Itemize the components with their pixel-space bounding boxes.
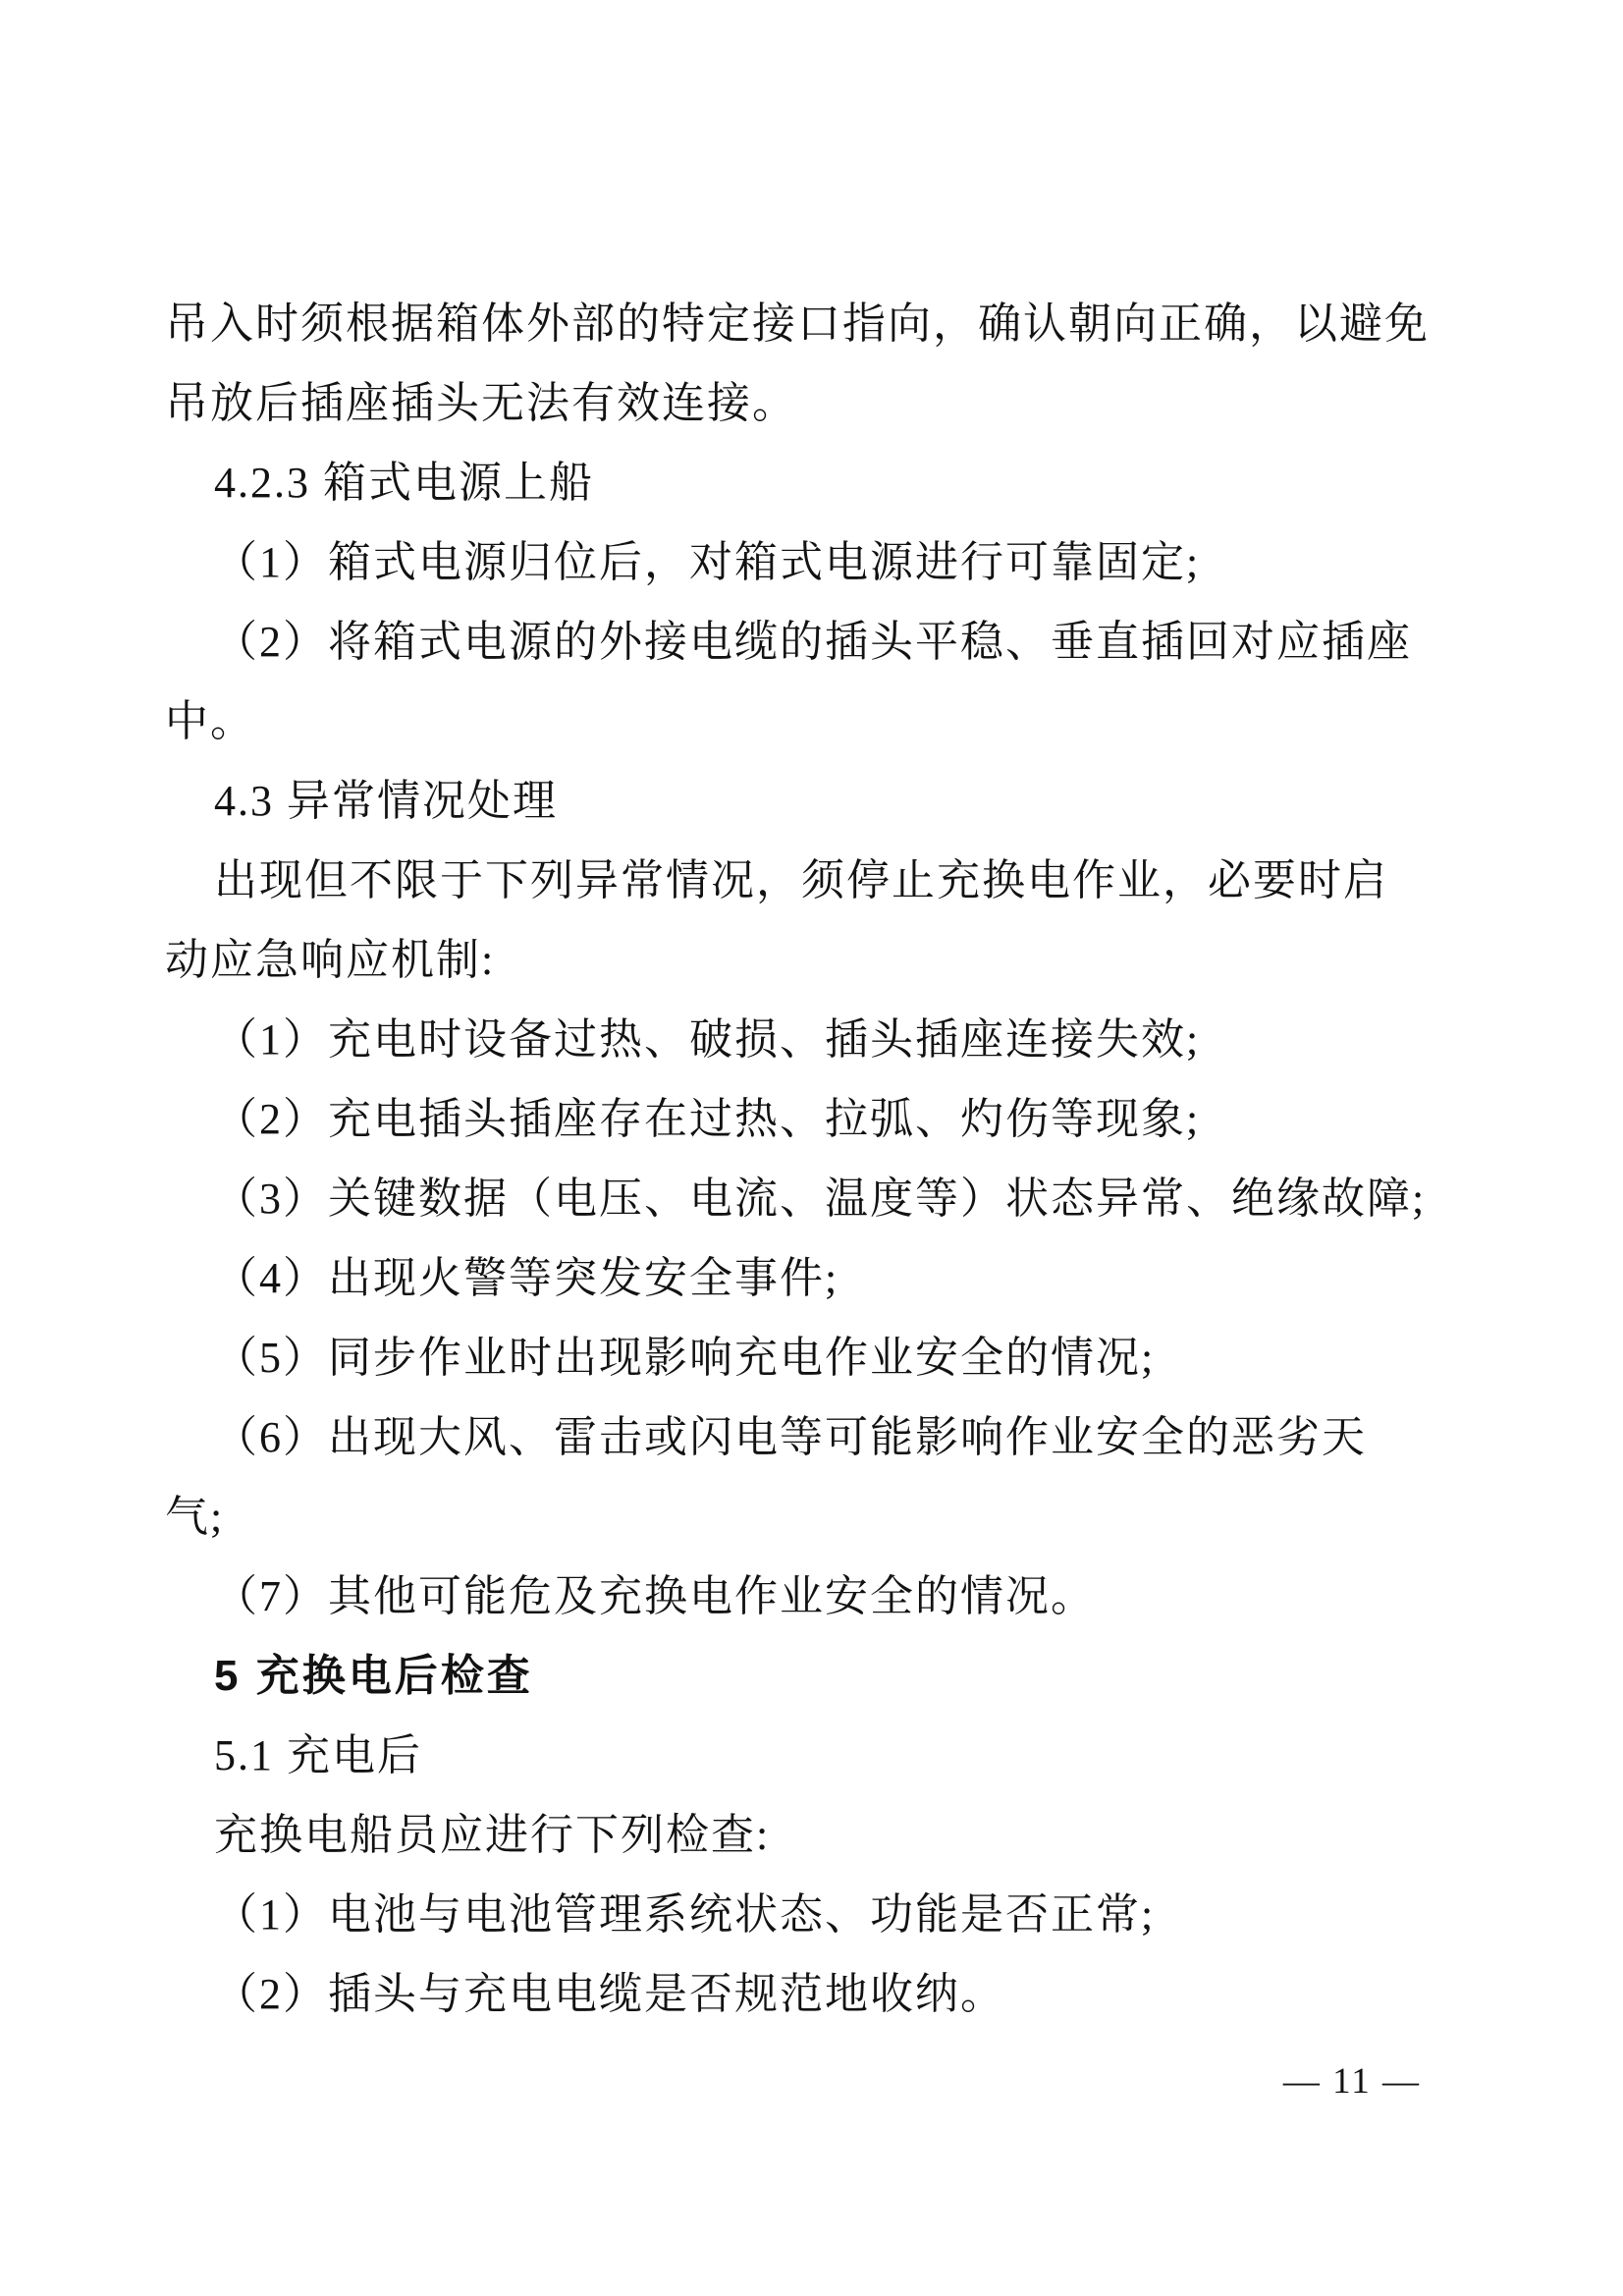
list-item-line: （1）电池与电池管理系统状态、功能是否正常; xyxy=(165,1875,1427,1954)
list-item-line: （1）箱式电源归位后，对箱式电源进行可靠固定; xyxy=(165,522,1427,602)
list-item-line: （4）出现火警等突发安全事件; xyxy=(165,1238,1427,1318)
paragraph-line: 充换电船员应进行下列检查: xyxy=(165,1795,1427,1875)
paragraph-line: 出现但不限于下列异常情况，须停止充换电作业，必要时启 xyxy=(165,841,1427,920)
paragraph-line: 动应急响应机制: xyxy=(165,920,1427,1000)
section-heading-5: 5 充换电后检查 xyxy=(165,1636,1427,1716)
list-item-line: （2）插头与充电电缆是否规范地收纳。 xyxy=(165,1954,1427,2034)
list-item-line: （1）充电时设备过热、破损、插头插座连接失效; xyxy=(165,1000,1427,1079)
list-item-line: （3）关键数据（电压、电流、温度等）状态异常、绝缘故障; xyxy=(165,1159,1427,1238)
paragraph-line: 气; xyxy=(165,1477,1427,1557)
list-item-line: （5）同步作业时出现影响充电作业安全的情况; xyxy=(165,1318,1427,1397)
section-heading-5-1: 5.1 充电后 xyxy=(165,1716,1427,1795)
document-page: 吊入时须根据箱体外部的特定接口指向，确认朝向正确，以避免 吊放后插座插头无法有效… xyxy=(0,0,1623,2296)
list-item-line: （2）充电插头插座存在过热、拉弧、灼伤等现象; xyxy=(165,1079,1427,1159)
list-item-line: （6）出现大风、雷击或闪电等可能影响作业安全的恶劣天 xyxy=(165,1397,1427,1477)
paragraph-line: 吊放后插座插头无法有效连接。 xyxy=(165,363,1427,443)
section-heading-4-2-3: 4.2.3 箱式电源上船 xyxy=(165,443,1427,522)
paragraph-line: 中。 xyxy=(165,682,1427,761)
list-item-line: （2）将箱式电源的外接电缆的插头平稳、垂直插回对应插座 xyxy=(165,602,1427,682)
paragraph-line: 吊入时须根据箱体外部的特定接口指向，确认朝向正确，以避免 xyxy=(165,284,1427,363)
list-item-line: （7）其他可能危及充换电作业安全的情况。 xyxy=(165,1557,1427,1636)
section-heading-4-3: 4.3 异常情况处理 xyxy=(165,761,1427,841)
page-number: — 11 — xyxy=(1283,2058,1421,2105)
document-body: 吊入时须根据箱体外部的特定接口指向，确认朝向正确，以避免 吊放后插座插头无法有效… xyxy=(165,284,1427,2034)
